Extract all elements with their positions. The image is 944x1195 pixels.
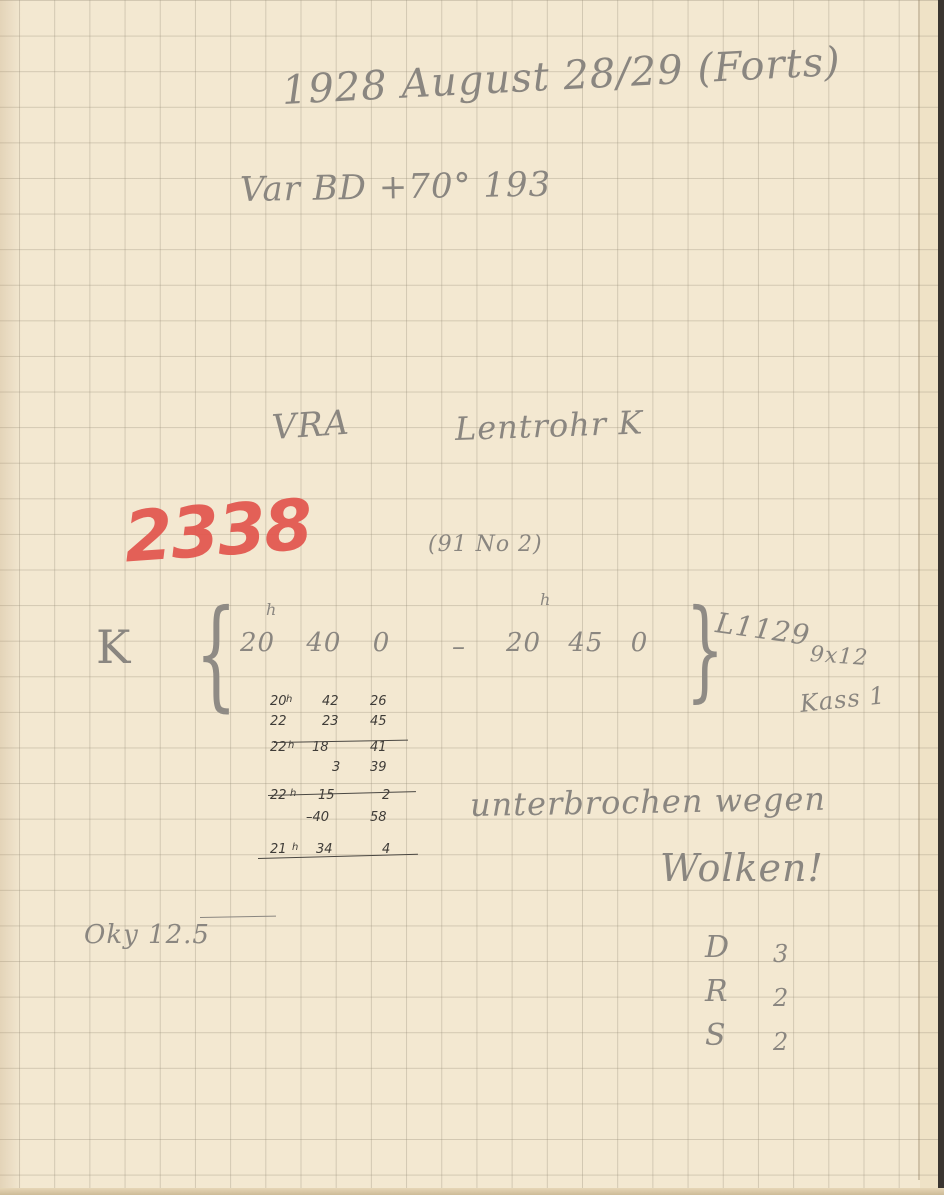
okular-underline [200, 916, 276, 918]
left-brace: { [195, 585, 237, 724]
exposure-start: 20 40 0 [240, 628, 390, 658]
right-brace: } [686, 585, 725, 713]
remark-line-1: unterbrochen wegen [470, 780, 827, 824]
exposure-start-hours-sup: h [266, 600, 277, 619]
instrument-label: VRA [271, 403, 351, 448]
plate-ref: L1129 [714, 606, 813, 652]
date-line: 1928 August 28/29 (Forts) [281, 39, 842, 114]
calc-row: 22 23 45 [262, 714, 422, 734]
calc-row: 21 h 34 4 [262, 842, 422, 862]
remark-line-2: Wolken! [660, 846, 824, 890]
observer-line: Lentrohr K [454, 403, 643, 448]
notebook-page: 1928 August 28/29 (Forts) Var BD +70° 19… [0, 0, 944, 1195]
exposure-label: K [96, 620, 131, 674]
exposure-end: 20 45 0 [506, 628, 648, 658]
plate-number: 2338 [121, 484, 313, 579]
exposure-dash: – [452, 632, 466, 662]
page-bottom-edge [0, 1188, 944, 1195]
calc-row: –40 58 [262, 810, 422, 830]
exposure-end-hours-sup: h [540, 590, 551, 609]
page-shadow [0, 0, 22, 1195]
object-line: Var BD +70° 193 [240, 165, 552, 210]
plate-size: 9x12 [809, 642, 869, 671]
notebook-binding [938, 0, 944, 1195]
next-page-edge [920, 0, 938, 1190]
calc-row: 20 h 42 26 [262, 694, 422, 714]
plate-note: (91 No 2) [428, 532, 543, 557]
calc-row: 3 39 [262, 760, 422, 780]
cassette: Kass 1 [799, 681, 887, 718]
calc-row: 22 h 18 41 [262, 740, 422, 760]
okular-note: Oky 12.5 [84, 920, 210, 950]
time-calculation: 20 h 42 26 22 23 45 22 h 18 41 3 39 22 h… [262, 694, 422, 862]
